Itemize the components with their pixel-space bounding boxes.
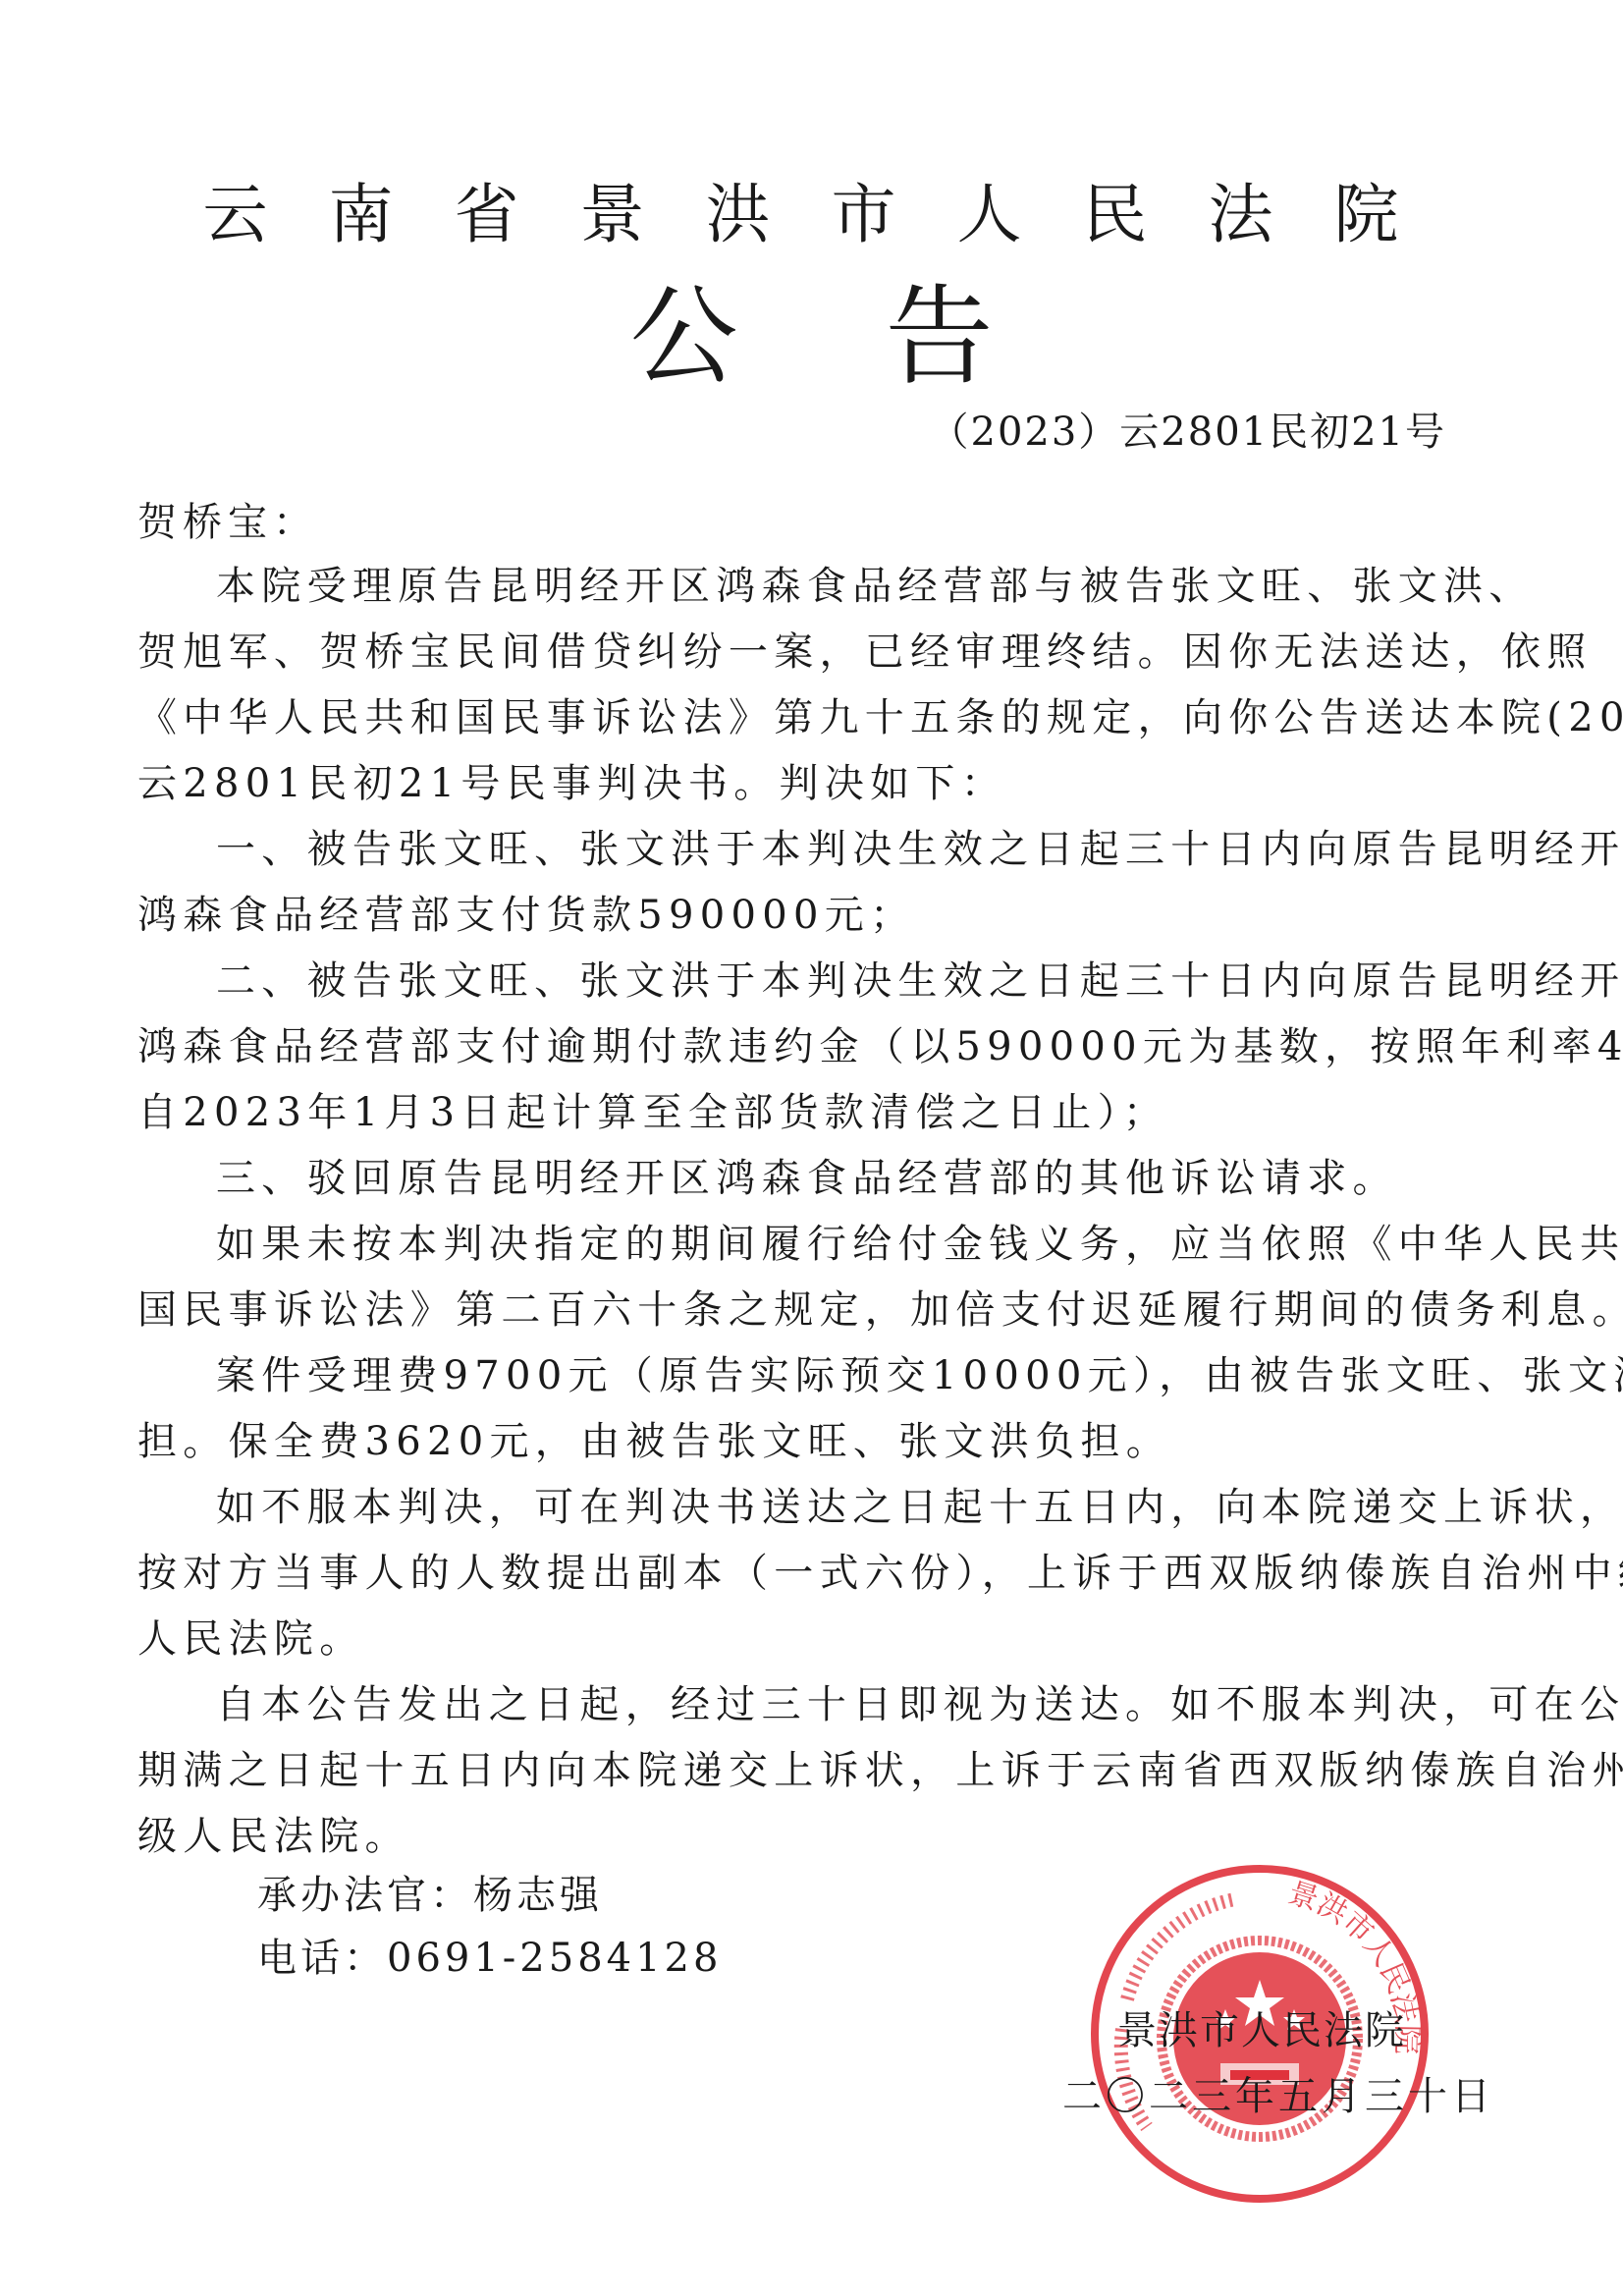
judge-label: 承办法官：杨志强 (257, 1864, 603, 1920)
judgment-item-1: 一、被告张文旺、张文洪于本判决生效之日起三十日内向原告昆明经开区 (216, 825, 1623, 874)
judgment-item-2: 二、被告张文旺、张文洪于本判决生效之日起三十日内向原告昆明经开区 (216, 957, 1623, 1006)
body-line: 本院受理原告昆明经开区鸿森食品经营部与被告张文旺、张文洪、 (216, 562, 1535, 611)
body-line: 人民法院。 (137, 1614, 365, 1664)
judgment-item-3: 三、驳回原告昆明经开区鸿森食品经营部的其他诉讼请求。 (216, 1154, 1398, 1203)
body-line: 鸿森食品经营部支付货款590000元； (137, 891, 915, 940)
document-title: 公告 (0, 250, 1623, 406)
case-number: （2023）云2801民初21号 (930, 401, 1447, 457)
body-line: 贺旭军、贺桥宝民间借贷纠纷一案，已经审理终结。因你无法送达，依照 (137, 628, 1593, 677)
issuing-court: 景洪市人民法院 (1117, 1999, 1406, 2055)
body-line: 鸿森食品经营部支付逾期付款违约金（以590000元为基数，按照年利率4.745% (137, 1022, 1623, 1071)
court-name-heading: 云南省景洪市人民法院 (0, 162, 1623, 255)
body-line: 如果未按本判决指定的期间履行给付金钱义务，应当依照《中华人民共和 (216, 1220, 1623, 1269)
body-line: 级人民法院。 (137, 1812, 410, 1861)
body-line: 担。保全费3620元，由被告张文旺、张文洪负担。 (137, 1417, 1171, 1466)
body-line: 《中华人民共和国民事诉讼法》第九十五条的规定，向你公告送达本院(2023) (137, 693, 1623, 742)
issue-date: 二〇二三年五月三十日 (1062, 2065, 1494, 2121)
body-line: 国民事诉讼法》第二百六十条之规定，加倍支付迟延履行期间的债务利息。 (137, 1285, 1623, 1335)
phone-label: 电话：0691-2584128 (257, 1927, 722, 1983)
body-line: 自本公告发出之日起，经过三十日即视为送达。如不服本判决，可在公告 (216, 1680, 1623, 1729)
body-line: 期满之日起十五日内向本院递交上诉状，上诉于云南省西双版纳傣族自治州中 (137, 1746, 1623, 1795)
body-line: 按对方当事人的人数提出副本（一式六份），上诉于西双版纳傣族自治州中级 (137, 1549, 1623, 1598)
body-line: 案件受理费9700元（原告实际预交10000元），由被告张文旺、张文洪负 (216, 1351, 1623, 1400)
body-line: 如不服本判决，可在判决书送达之日起十五日内，向本院递交上诉状，并 (216, 1483, 1623, 1532)
addressee: 贺桥宝： (137, 491, 318, 547)
body-line: 云2801民初21号民事判决书。判决如下： (137, 759, 1006, 808)
body-line: 自2023年1月3日起计算至全部货款清偿之日止）； (137, 1088, 1168, 1137)
